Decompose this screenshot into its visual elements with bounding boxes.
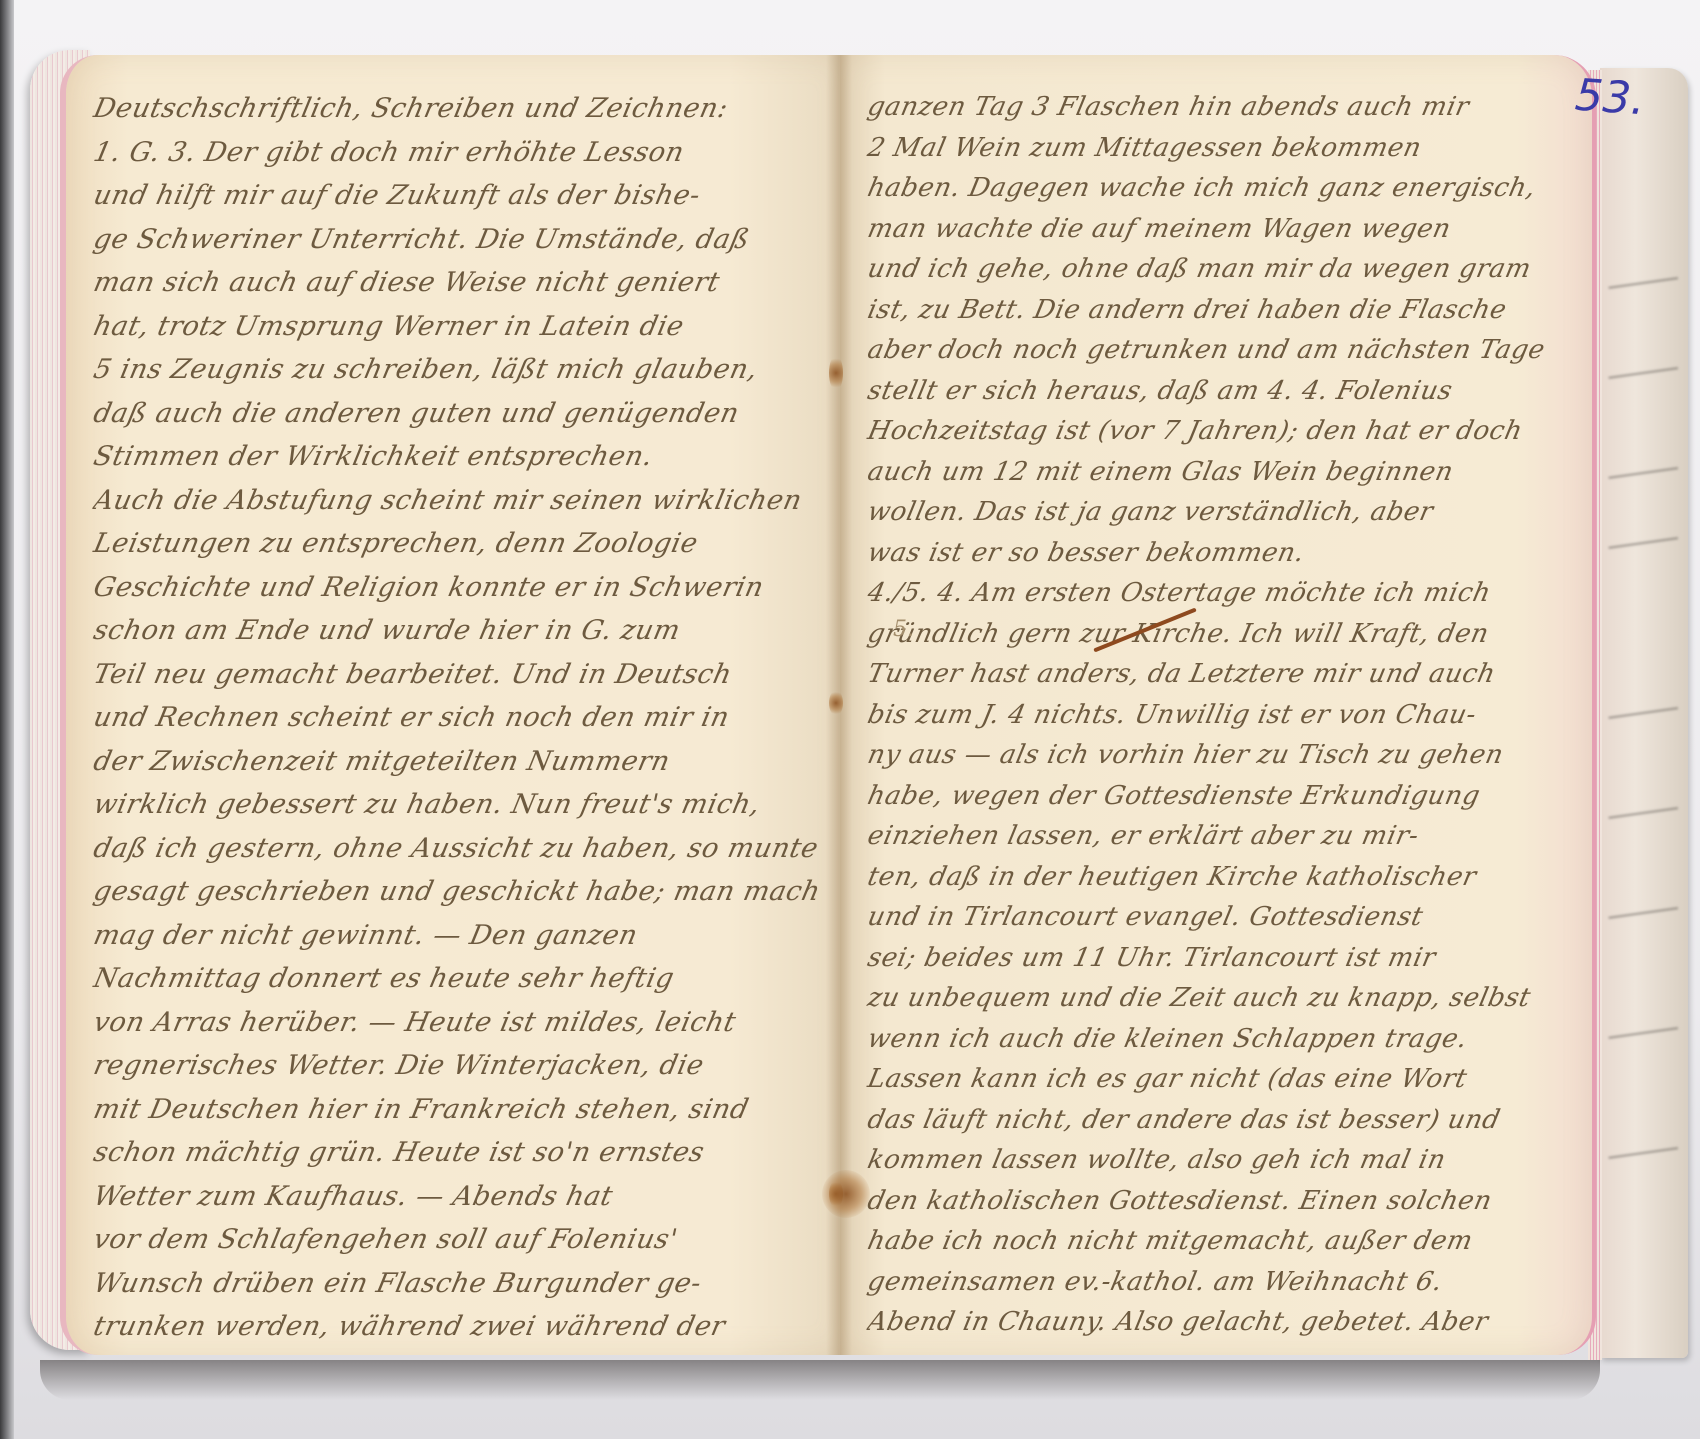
handwritten-line: gemeinsamen ev.-kathol. am Weihnacht 6. (864, 1262, 1569, 1303)
handwritten-line: mit Deutschen hier in Frankreich stehen,… (89, 1088, 822, 1132)
page-number: 53. (1573, 70, 1646, 126)
handwritten-line: Geschichte und Religion konnte er in Sch… (89, 566, 822, 610)
handwritten-line: schon mächtig grün. Heute ist so'n ernst… (89, 1131, 822, 1175)
handwritten-line: haben. Dagegen wache ich mich ganz energ… (864, 168, 1569, 209)
rust-stain (822, 1170, 870, 1218)
handwritten-line: habe ich noch nicht mitgemacht, außer de… (864, 1221, 1569, 1262)
gutter-stain (829, 690, 843, 716)
handwritten-line: daß ich gestern, ohne Aussicht zu haben,… (89, 827, 822, 871)
handwritten-line: kommen lassen wollte, also geh ich mal i… (864, 1140, 1569, 1181)
handwritten-line: schon am Ende und wurde hier in G. zum (89, 609, 822, 653)
handwritten-line: und hilft mir auf die Zukunft als der bi… (89, 174, 822, 218)
handwritten-line: wenn ich auch die kleinen Schlappen trag… (864, 1019, 1569, 1060)
handwritten-line: und Rechnen scheint er sich noch den mir… (89, 696, 822, 740)
handwritten-line: aber doch noch getrunken und am nächsten… (864, 330, 1569, 371)
stub-handwriting (1608, 363, 1678, 379)
date-correction: 5. (893, 617, 914, 642)
handwritten-line: vor dem Schlafengehen soll auf Folenius' (89, 1218, 822, 1262)
left-page: Deutschschriftlich, Schreiben und Zeichn… (60, 55, 846, 1355)
right-page-text: ganzen Tag 3 Flaschen hin abends auch mi… (868, 87, 1564, 1343)
handwritten-line: Turner hast anders, da Letztere mir und … (864, 654, 1569, 695)
handwritten-line: 4./5. 4. Am ersten Ostertage möchte ich … (864, 573, 1569, 614)
book-shadow (40, 1360, 1600, 1400)
handwritten-line: 1. G. 3. Der gibt doch mir erhöhte Lesso… (89, 131, 822, 175)
handwritten-line: Stimmen der Wirklichkeit entsprechen. (89, 435, 822, 479)
torn-extra-page (1600, 68, 1688, 1358)
stub-handwriting (1608, 533, 1678, 549)
handwritten-line: Auch die Abstufung scheint mir seinen wi… (89, 479, 822, 523)
stub-handwriting (1608, 803, 1678, 819)
handwritten-line: wollen. Das ist ja ganz verständlich, ab… (864, 492, 1569, 533)
stub-handwriting (1608, 1143, 1678, 1159)
handwritten-line: man sich auch auf diese Weise nicht geni… (89, 261, 822, 305)
handwritten-line: Abend in Chauny. Also gelacht, gebetet. … (864, 1302, 1569, 1343)
handwritten-line: hat, trotz Umsprung Werner in Latein die (89, 305, 822, 349)
stub-handwriting (1608, 703, 1678, 719)
stub-handwriting (1608, 463, 1678, 479)
handwritten-line: einziehen lassen, er erklärt aber zu mir… (864, 816, 1569, 857)
handwritten-line: und ich gehe, ohne daß man mir da wegen … (864, 249, 1569, 290)
handwritten-line: zu unbequem und die Zeit auch zu knapp, … (864, 978, 1569, 1019)
gutter-stain (829, 355, 843, 391)
handwritten-line: ny aus — als ich vorhin hier zu Tisch zu… (864, 735, 1569, 776)
handwritten-line: gesagt geschrieben und geschickt habe; m… (89, 870, 822, 914)
handwritten-line: regnerisches Wetter. Die Winterjacken, d… (89, 1044, 822, 1088)
handwritten-line: Wetter zum Kaufhaus. — Abends hat (89, 1175, 822, 1219)
handwritten-line: den katholischen Gottesdienst. Einen sol… (864, 1181, 1569, 1222)
handwritten-line: was ist er so besser bekommen. (864, 533, 1569, 574)
left-page-text: Deutschschriftlich, Schreiben und Zeichn… (94, 87, 818, 1349)
handwritten-line: ten, daß in der heutigen Kirche katholis… (864, 857, 1569, 898)
right-page: ganzen Tag 3 Flaschen hin abends auch mi… (840, 55, 1596, 1355)
handwritten-line: auch um 12 mit einem Glas Wein beginnen (864, 452, 1569, 493)
handwritten-line: ge Schweriner Unterricht. Die Umstände, … (89, 218, 822, 262)
handwritten-line: das läuft nicht, der andere das ist bess… (864, 1100, 1569, 1141)
handwritten-line: Wunsch drüben ein Flasche Burgunder ge- (89, 1262, 822, 1306)
handwritten-line: bis zum J. 4 nichts. Unwillig ist er von… (864, 695, 1569, 736)
handwritten-line: Leistungen zu entsprechen, denn Zoologie (89, 522, 822, 566)
handwritten-line: Lassen kann ich es gar nicht (das eine W… (864, 1059, 1569, 1100)
stub-handwriting (1608, 903, 1678, 919)
handwritten-line: gründlich gern zur Kirche. Ich will Kraf… (864, 614, 1569, 655)
handwritten-line: der Zwischenzeit mitgeteilten Nummern (89, 740, 822, 784)
handwritten-line: daß auch die anderen guten und genügende… (89, 392, 822, 436)
handwritten-line: ganzen Tag 3 Flaschen hin abends auch mi… (864, 87, 1569, 128)
handwritten-line: stellt er sich heraus, daß am 4. 4. Fole… (864, 371, 1569, 412)
stub-handwriting (1608, 273, 1678, 289)
handwritten-line: ist, zu Bett. Die andern drei haben die … (864, 290, 1569, 331)
handwritten-line: trunken werden, während zwei während der (89, 1305, 822, 1349)
handwritten-line: wirklich gebessert zu haben. Nun freut's… (89, 783, 822, 827)
handwritten-line: man wachte die auf meinem Wagen wegen (864, 209, 1569, 250)
handwritten-line: 2 Mal Wein zum Mittagessen bekommen (864, 128, 1569, 169)
handwritten-line: sei; beides um 11 Uhr. Tirlancourt ist m… (864, 938, 1569, 979)
handwritten-line: 5 ins Zeugnis zu schreiben, läßt mich gl… (89, 348, 822, 392)
handwritten-line: Nachmittag donnert es heute sehr heftig (89, 957, 822, 1001)
handwritten-line: mag der nicht gewinnt. — Den ganzen (89, 914, 822, 958)
handwritten-line: von Arras herüber. — Heute ist mildes, l… (89, 1001, 822, 1045)
handwritten-line: Teil neu gemacht bearbeitet. Und in Deut… (89, 653, 822, 697)
scanner-edge (0, 0, 14, 1439)
handwritten-line: Deutschschriftlich, Schreiben und Zeichn… (89, 87, 822, 131)
handwritten-line: habe, wegen der Gottesdienste Erkundigun… (864, 776, 1569, 817)
handwritten-line: Hochzeitstag ist (vor 7 Jahren); den hat… (864, 411, 1569, 452)
handwritten-line: und in Tirlancourt evangel. Gottesdienst (864, 897, 1569, 938)
stub-handwriting (1608, 1023, 1678, 1039)
